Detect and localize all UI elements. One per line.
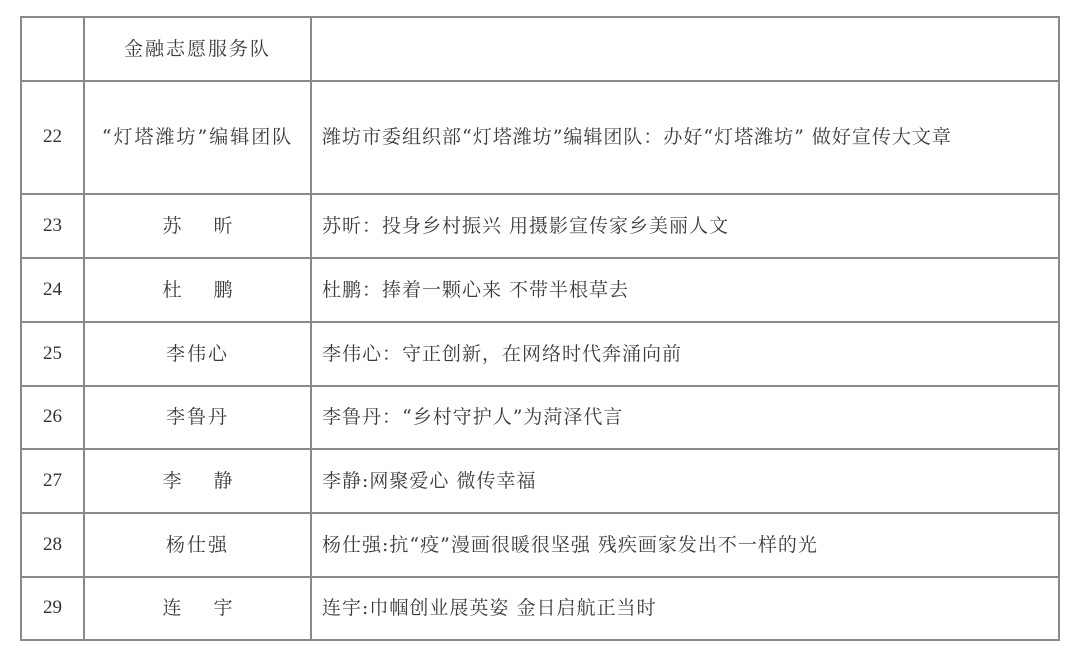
name-char: 苏: [162, 215, 181, 237]
honoree-name-cell: 杨仕强: [84, 513, 311, 577]
table-row: 22 “灯塔潍坊”编辑团队 潍坊市委组织部“灯塔潍坊”编辑团队：办好“灯塔潍坊”…: [21, 81, 1059, 194]
table-row: 24 杜鹏 杜鹏：捧着一颗心来 不带半根草去: [21, 258, 1059, 322]
story-title-cell: 连宇:巾帼创业展英姿 金日启航正当时: [311, 577, 1059, 640]
story-title-cell: 李伟心：守正创新，在网络时代奔涌向前: [311, 322, 1059, 386]
row-number-cell: 27: [21, 449, 84, 513]
story-title-cell: 杨仕强:抗“疫”漫画很暖很坚强 残疾画家发出不一样的光: [311, 513, 1059, 577]
story-title-cell: 李鲁丹：“乡村守护人”为菏泽代言: [311, 386, 1059, 449]
honoree-name-cell: 杜鹏: [84, 258, 311, 322]
row-number-cell: 24: [21, 258, 84, 322]
story-title-cell: 杜鹏：捧着一颗心来 不带半根草去: [311, 258, 1059, 322]
row-number-cell: 23: [21, 194, 84, 258]
honoree-name-cell: 金融志愿服务队: [84, 17, 311, 81]
honoree-name-cell: “灯塔潍坊”编辑团队: [84, 81, 311, 194]
row-number-cell: 25: [21, 322, 84, 386]
story-title-cell: 苏昕：投身乡村振兴 用摄影宣传家乡美丽人文: [311, 194, 1059, 258]
honoree-table: 金融志愿服务队 22 “灯塔潍坊”编辑团队 潍坊市委组织部“灯塔潍坊”编辑团队：…: [20, 16, 1060, 641]
name-char: 杜: [162, 279, 181, 301]
story-title-cell: [311, 17, 1059, 81]
story-title-cell: 李静:网聚爱心 微传幸福: [311, 449, 1059, 513]
table-row: 29 连宇 连宇:巾帼创业展英姿 金日启航正当时: [21, 577, 1059, 640]
honoree-name-cell: 连宇: [84, 577, 311, 640]
row-number-cell: 22: [21, 81, 84, 194]
name-char: 鹏: [214, 279, 233, 301]
row-number-cell: 29: [21, 577, 84, 640]
name-char: 静: [214, 470, 233, 492]
row-number-cell: 28: [21, 513, 84, 577]
name-char: 宇: [214, 597, 233, 619]
name-char: 连: [162, 597, 181, 619]
table-row: 26 李鲁丹 李鲁丹：“乡村守护人”为菏泽代言: [21, 386, 1059, 449]
table-row: 27 李静 李静:网聚爱心 微传幸福: [21, 449, 1059, 513]
honoree-name-cell: 李鲁丹: [84, 386, 311, 449]
story-title-cell: 潍坊市委组织部“灯塔潍坊”编辑团队：办好“灯塔潍坊” 做好宣传大文章: [311, 81, 1059, 194]
row-number-cell: 26: [21, 386, 84, 449]
honoree-name-cell: 李静: [84, 449, 311, 513]
name-char: 李: [162, 470, 181, 492]
table-row: 23 苏昕 苏昕：投身乡村振兴 用摄影宣传家乡美丽人文: [21, 194, 1059, 258]
table-row: 25 李伟心 李伟心：守正创新，在网络时代奔涌向前: [21, 322, 1059, 386]
table-row: 28 杨仕强 杨仕强:抗“疫”漫画很暖很坚强 残疾画家发出不一样的光: [21, 513, 1059, 577]
honoree-name-cell: 李伟心: [84, 322, 311, 386]
row-number-cell: [21, 17, 84, 81]
name-char: 昕: [214, 215, 233, 237]
honoree-name-cell: 苏昕: [84, 194, 311, 258]
table-row-continuation: 金融志愿服务队: [21, 17, 1059, 81]
